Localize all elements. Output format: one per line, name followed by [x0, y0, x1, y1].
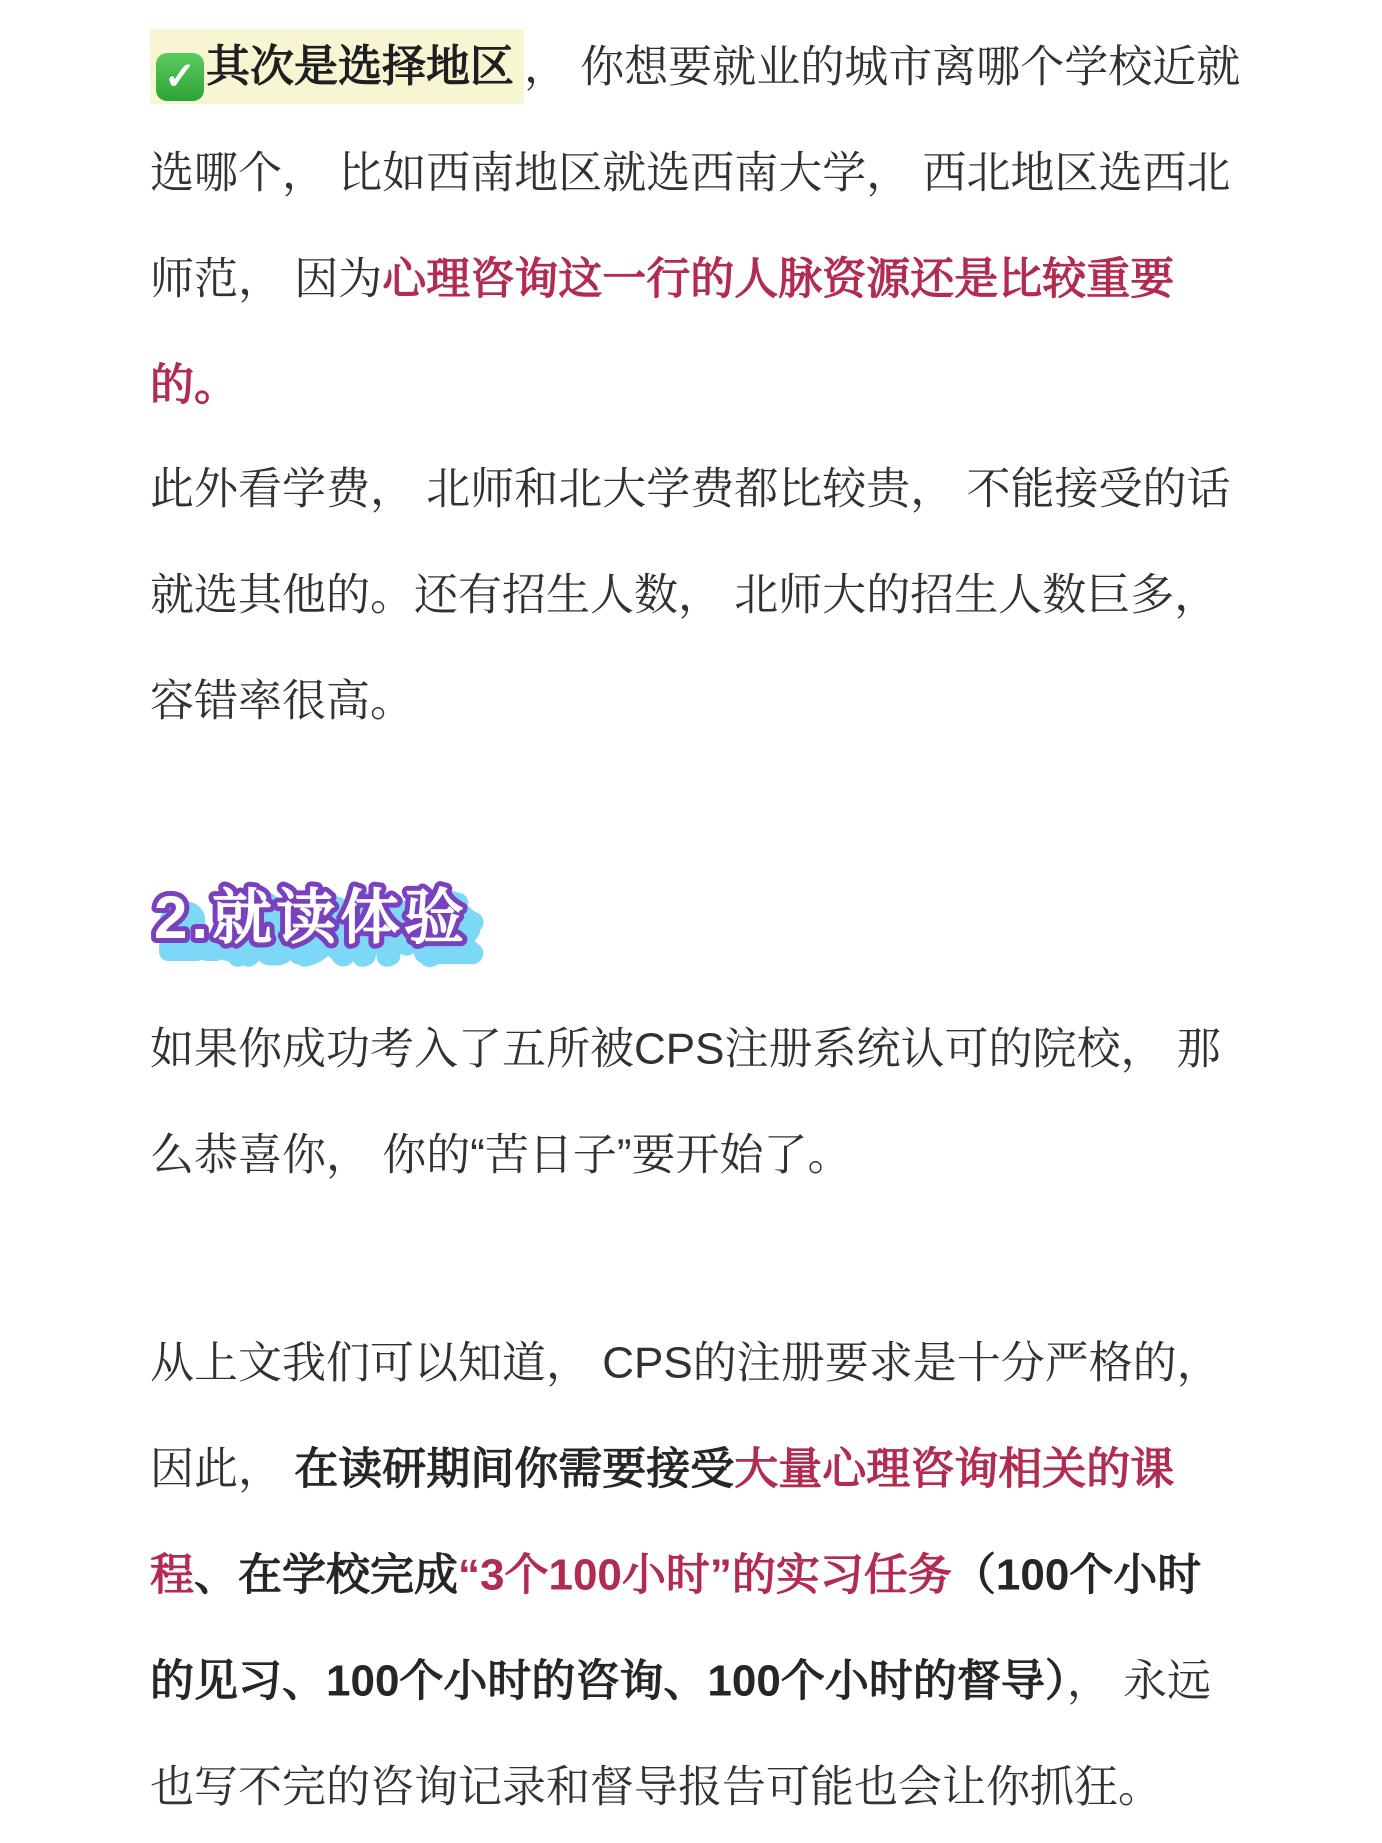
- text-line: 师范， 因为心理咨询这一行的人脉资源还是比较重要: [150, 224, 1330, 330]
- text-segment: 因此，: [150, 1444, 294, 1493]
- section-heading-sticker: 2.就读体验 2.就读体验: [140, 860, 700, 990]
- text-line: 容错率很高。: [150, 646, 1330, 752]
- text-line: 程、在学校完成“3个100小时”的实习任务（100个小时: [150, 1520, 1330, 1626]
- text-segment: 的见习、100个小时的咨询、100个小时的督导）: [150, 1656, 1067, 1705]
- text-segment: 大量心理咨询相关的课: [734, 1444, 1174, 1493]
- text-segment: 就选其他的。还有招生人数， 北师大的招生人数巨多，: [150, 570, 1218, 619]
- section-heading: 2.就读体验: [154, 884, 468, 951]
- paragraph-tuition: 此外看学费， 北师和北大学费都比较贵， 不能接受的话就选其他的。还有招生人数， …: [150, 434, 1330, 752]
- text-segment: 如果你成功考入了五所被CPS注册系统认可的院校， 那: [150, 1024, 1221, 1073]
- text-segment: 此外看学费， 北师和北大学费都比较贵， 不能接受的话: [150, 464, 1230, 513]
- text-line: 的见习、100个小时的咨询、100个小时的督导）， 永远: [150, 1626, 1330, 1732]
- article-page: ✓其次是选择地区， 你想要就业的城市离哪个学校近就选哪个， 比如西南地区就选西南…: [0, 0, 1382, 1843]
- paragraph-cps-requirements: 从上文我们可以知道， CPS的注册要求是十分严格的，因此， 在读研期间你需要接受…: [150, 1308, 1330, 1838]
- text-segment: 的。: [150, 360, 238, 409]
- text-segment: 么恭喜你， 你的“苦日子”要开始了。: [150, 1130, 852, 1179]
- text-segment: ， 你想要就业的城市离哪个学校近就: [524, 42, 1240, 91]
- text-segment: 程: [150, 1550, 194, 1599]
- paragraph-admission-congrats: 如果你成功考入了五所被CPS注册系统认可的院校， 那么恭喜你， 你的“苦日子”要…: [150, 994, 1330, 1206]
- text-line: 选哪个， 比如西南地区就选西南大学， 西北地区选西北: [150, 118, 1330, 224]
- text-line: 的。: [150, 330, 1330, 436]
- text-segment: 、在学校完成: [194, 1550, 458, 1599]
- section-heading-block: 2.就读体验 2.就读体验: [140, 860, 700, 990]
- text-line: 如果你成功考入了五所被CPS注册系统认可的院校， 那: [150, 994, 1330, 1100]
- text-line: 也写不完的咨询记录和督导报告可能也会让你抓狂。: [150, 1732, 1330, 1838]
- text-segment: 在读研期间你需要接受: [294, 1444, 734, 1493]
- text-segment: （100个小时: [952, 1550, 1201, 1599]
- highlighted-phrase: 其次是选择地区: [204, 29, 524, 104]
- paragraph-region-selection: ✓其次是选择地区， 你想要就业的城市离哪个学校近就选哪个， 比如西南地区就选西南…: [150, 12, 1330, 436]
- text-segment: 选哪个， 比如西南地区就选西南大学， 西北地区选西北: [150, 148, 1230, 197]
- text-line: 就选其他的。还有招生人数， 北师大的招生人数巨多，: [150, 540, 1330, 646]
- text-segment: “3个100小时”的实习任务: [458, 1550, 952, 1599]
- text-line: 从上文我们可以知道， CPS的注册要求是十分严格的，: [150, 1308, 1330, 1414]
- text-line: ✓其次是选择地区， 你想要就业的城市离哪个学校近就: [150, 12, 1330, 118]
- text-segment: 也写不完的咨询记录和督导报告可能也会让你抓狂。: [150, 1762, 1162, 1811]
- highlight-band: ✓: [150, 29, 204, 104]
- text-segment: ， 永远: [1067, 1656, 1211, 1705]
- text-segment: 从上文我们可以知道， CPS的注册要求是十分严格的，: [150, 1338, 1221, 1387]
- text-line: 因此， 在读研期间你需要接受大量心理咨询相关的课: [150, 1414, 1330, 1520]
- text-line: 此外看学费， 北师和北大学费都比较贵， 不能接受的话: [150, 434, 1330, 540]
- check-mark-emoji: ✓: [156, 53, 204, 101]
- text-line: 么恭喜你， 你的“苦日子”要开始了。: [150, 1100, 1330, 1206]
- text-segment: 容错率很高。: [150, 676, 414, 725]
- text-segment: 师范， 因为: [150, 254, 382, 303]
- text-segment: 心理咨询这一行的人脉资源还是比较重要: [382, 254, 1174, 303]
